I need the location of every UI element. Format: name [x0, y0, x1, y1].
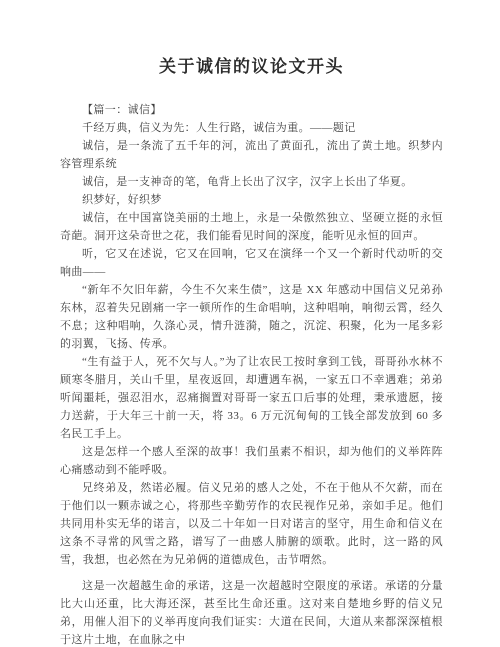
paragraph-pen: 诚信，是一支神奇的笔，龟背上长出了汉字，汉字上长出了华夏。	[60, 173, 443, 191]
document-body: 【篇一：诚信】 千经万典，信义为先：人生行路，诚信为重。——题记 诚信，是一条流…	[60, 101, 443, 647]
paragraph-quote-brothers: “新年不欠旧年薪，今生不欠来生债”，这是 XX 年感动中国信义兄弟孙东林，忍着失…	[60, 281, 443, 353]
paragraph-river: 诚信，是一条流了五千年的河，流出了黄面孔，流出了黄土地。织梦内容管理系统	[60, 137, 443, 173]
paragraph-moved: 这是怎样一个感人至深的故事！我们虽素不相识，却为他们的义举阵阵心痛感动到不能呼吸…	[60, 443, 443, 479]
paragraph-story: “生有益于人，死不欠与人。”为了让农民工按时拿到工钱，哥哥孙水林不顾寒冬腊月，关…	[60, 353, 443, 443]
paragraph-flower: 诚信，在中国富饶美丽的土地上，永是一朵傲然独立、坚硬立挺的永恒奇葩。洞开这朵奇世…	[60, 209, 443, 245]
paragraph-zhimeng: 织梦好，好织梦	[60, 191, 443, 209]
paragraph-promise-keeping: 兄终弟及，然诺必履。信义兄弟的感人之处，不在于他从不欠薪，而在于他们以一颗赤诚之…	[60, 479, 443, 569]
paragraph-symphony: 听，它又在述说，它又在回响，它又在演绎一个又一个新时代动听的交响曲——	[60, 245, 443, 281]
document-page: 关于诚信的议论文开头 【篇一：诚信】 千经万典，信义为先：人生行路，诚信为重。—…	[0, 0, 500, 647]
paragraph-beyond-life: 这是一次超越生命的承诺，这是一次超越时空限度的承诺。承诺的分量比大山还重，比大海…	[60, 577, 443, 647]
paragraph-epigraph: 千经万典，信义为先：人生行路，诚信为重。——题记	[60, 119, 443, 137]
document-title: 关于诚信的议论文开头	[60, 52, 443, 77]
section-heading: 【篇一：诚信】	[60, 101, 443, 119]
